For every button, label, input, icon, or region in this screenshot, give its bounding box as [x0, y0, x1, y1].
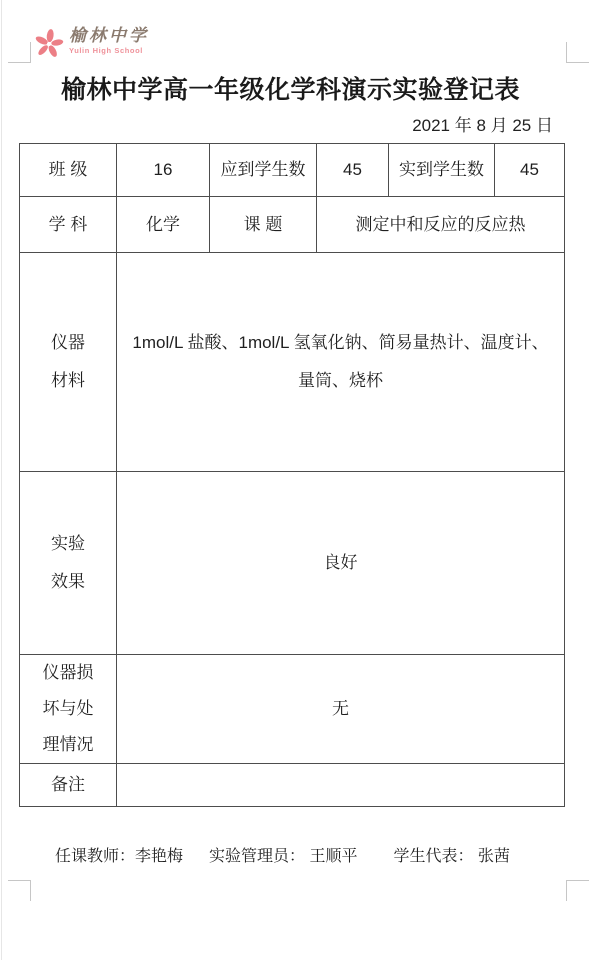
equipment-damage-value-cell: 无: [117, 655, 565, 764]
crop-mark-bottom-right: [566, 880, 589, 901]
form-date: 2021 年 8 月 25 日: [412, 111, 553, 136]
table-row-experiment-effect: 实验 效果 良好: [20, 472, 565, 655]
remarks-value-cell: [117, 764, 565, 807]
equipment-materials-value-cell: 1mol/L 盐酸、1mol/L 氢氧化钠、简易量热计、温度计、 量筒、烧杯: [117, 253, 565, 472]
actual-students-label-cell: 实到学生数: [389, 144, 495, 197]
school-logo: 榆林中学 Yulin High School: [34, 26, 149, 60]
crop-mark-top-left: [8, 42, 31, 63]
class-label-cell: 班 级: [20, 144, 117, 197]
page-title: 榆林中学高一年级化学科演示实验登记表: [0, 70, 581, 106]
table-row-remarks: 备注: [20, 764, 565, 807]
class-value-cell: 16: [117, 144, 210, 197]
experiment-effect-value-cell: 良好: [117, 472, 565, 655]
signature-row: 任课教师：李艳梅 实验管理员： 王顺平 学生代表： 张茜: [55, 845, 510, 869]
crop-mark-top-right: [566, 42, 589, 63]
page-left-edge-line: [1, 0, 2, 960]
student-representative-signature: 学生代表： 张茜: [393, 845, 509, 869]
expected-students-value-cell: 45: [317, 144, 389, 197]
lab-manager-signature: 实验管理员： 王顺平: [209, 845, 357, 869]
table-row-class: 班 级 16 应到学生数 45 实到学生数 45: [20, 144, 565, 197]
school-name-zh: 榆林中学: [69, 26, 149, 46]
crop-mark-bottom-left: [8, 880, 31, 901]
expected-students-label-cell: 应到学生数: [210, 144, 317, 197]
topic-label-cell: 课 题: [210, 197, 317, 253]
actual-students-value-cell: 45: [495, 144, 565, 197]
subject-value-cell: 化学: [117, 197, 210, 253]
equipment-damage-label-cell: 仪器损 坏与处 理情况: [20, 655, 117, 764]
subject-label-cell: 学 科: [20, 197, 117, 253]
table-row-equipment-materials: 仪器 材料 1mol/L 盐酸、1mol/L 氢氧化钠、简易量热计、温度计、 量…: [20, 253, 565, 472]
teacher-signature: 任课教师：李艳梅: [55, 845, 183, 869]
school-name-en: Yulin High School: [69, 46, 149, 56]
flower-icon: [34, 28, 64, 60]
topic-value-cell: 测定中和反应的反应热: [317, 197, 565, 253]
table-row-equipment-damage: 仪器损 坏与处 理情况 无: [20, 655, 565, 764]
remarks-label-cell: 备注: [20, 764, 117, 807]
equipment-materials-label-cell: 仪器 材料: [20, 253, 117, 472]
experiment-effect-label-cell: 实验 效果: [20, 472, 117, 655]
experiment-registration-table: 班 级 16 应到学生数 45 实到学生数 45 学 科 化学 课 题 测定中和…: [19, 143, 565, 807]
school-logo-text: 榆林中学 Yulin High School: [69, 26, 149, 56]
table-row-subject: 学 科 化学 课 题 测定中和反应的反应热: [20, 197, 565, 253]
